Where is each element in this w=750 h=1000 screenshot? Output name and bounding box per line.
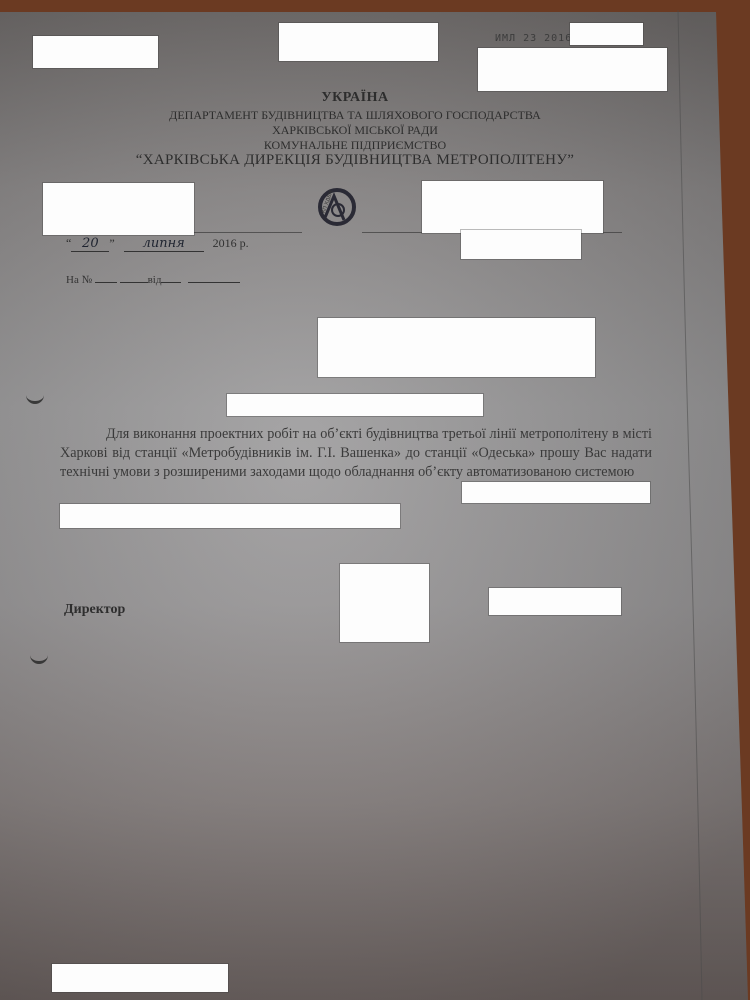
header-country: УКРАЇНА — [120, 90, 590, 106]
header-department: ДЕПАРТАМЕНТ БУДІВНИЦТВА ТА ШЛЯХОВОГО ГОС… — [110, 108, 600, 123]
header-council: ХАРКІВСЬКОЇ МІСЬКОЇ РАДИ — [120, 123, 590, 138]
right-block-sub-redaction — [461, 230, 581, 259]
header-organization: “ХАРКІВСЬКА ДИРЕКЦІЯ БУДІВНИЦТВА МЕТРОПО… — [100, 152, 610, 169]
sender-id-redaction — [33, 36, 158, 68]
recipient-top-redaction — [478, 48, 667, 91]
subject-redaction — [227, 394, 483, 416]
letter-body: Для виконання проектних робіт на об’єкті… — [60, 425, 652, 482]
outgoing-number-redaction — [43, 183, 194, 235]
system-name-redaction — [462, 482, 650, 503]
date-month: липня — [124, 236, 204, 252]
date-day: 20 — [71, 236, 109, 252]
signature-redaction — [340, 564, 429, 642]
director-name-redaction — [489, 588, 621, 615]
stamp-number-redaction — [570, 23, 643, 45]
system-name-continued-redaction — [60, 504, 400, 528]
footer-redaction — [52, 964, 228, 992]
signatory-title: Директор — [64, 602, 125, 618]
addressee-redaction — [318, 318, 595, 377]
top-center-redaction — [279, 23, 438, 61]
metro-directorate-logo-icon: КП ХДБМ — [312, 184, 358, 230]
right-block-redaction — [422, 181, 603, 233]
header-enterprise-type: КОМУНАЛЬНЕ ПІДПРИЄМСТВО — [120, 138, 590, 153]
incoming-stamp: ИМЛ 23 2016 — [495, 33, 572, 44]
document-date: “20” липня 2016 р. — [66, 236, 249, 252]
reference-line: На № від — [66, 272, 240, 286]
date-year: 2016 р. — [213, 236, 249, 250]
